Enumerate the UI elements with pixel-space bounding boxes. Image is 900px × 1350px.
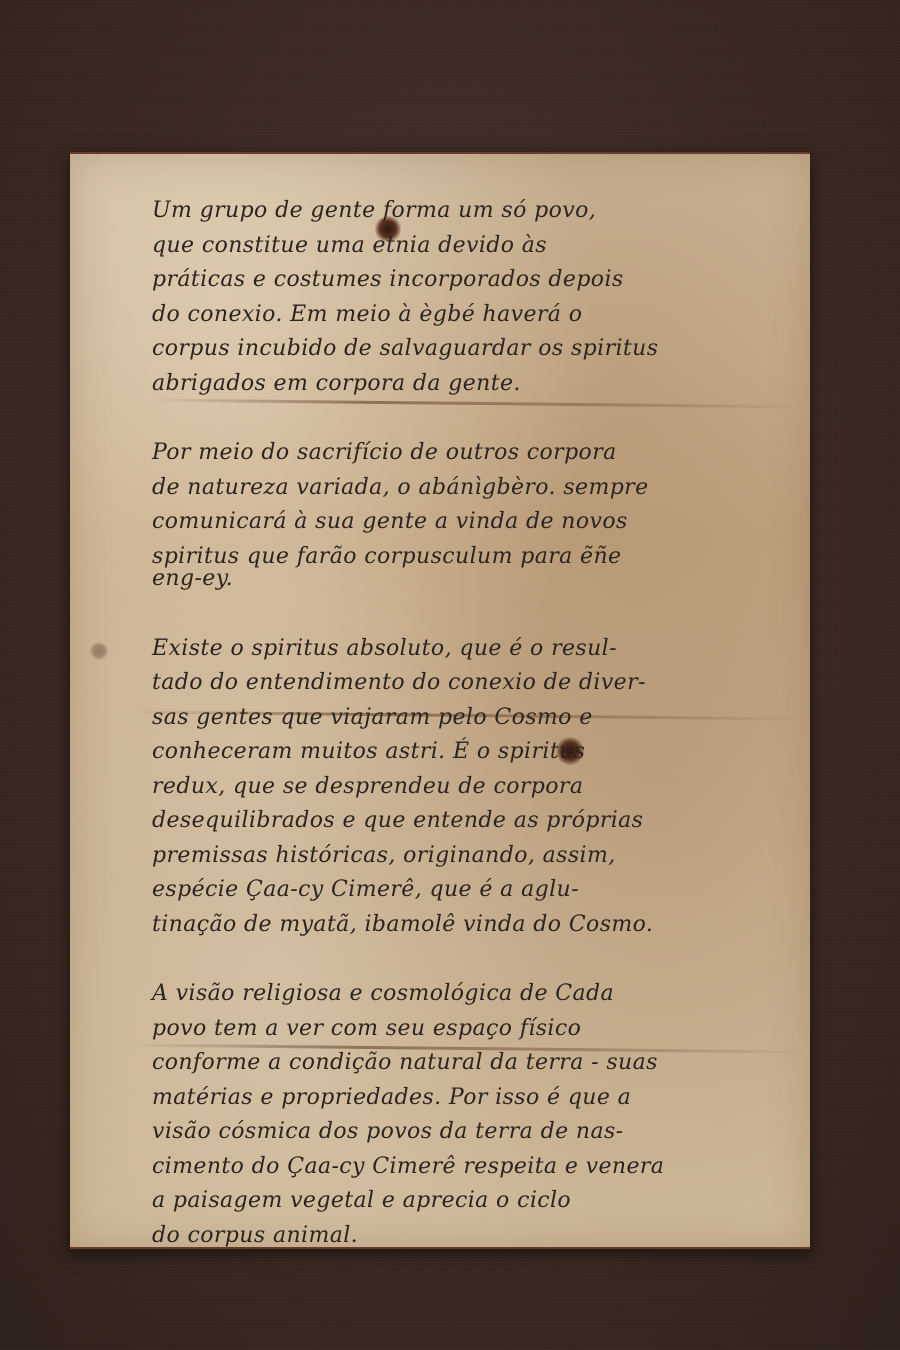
- text-line: corpus incubido de salvaguardar os spiri…: [152, 332, 802, 367]
- text-line: tado do entendimento do conexio de diver…: [152, 666, 802, 701]
- text-line: que constitue uma etnia devido às: [152, 229, 802, 264]
- text-line: tinação de myatã, ibamolê vinda do Cosmo…: [152, 908, 802, 943]
- text-line: povo tem a ver com seu espaço físico: [152, 1012, 802, 1047]
- paragraph-3: Existe o spiritus absoluto, que é o resu…: [152, 632, 802, 943]
- burn-mark: [90, 642, 108, 660]
- text-line: desequilibrados e que entende as própria…: [152, 804, 802, 839]
- text-line: cimento do Çaa-cy Cimerê respeita e vene…: [152, 1150, 802, 1185]
- text-line: visão cósmica dos povos da terra de nas-: [152, 1115, 802, 1150]
- text-line: abrigados em corpora da gente.: [152, 367, 802, 402]
- text-line: práticas e costumes incorporados depois: [152, 263, 802, 298]
- text-line: Um grupo de gente forma um só povo,: [152, 194, 802, 229]
- text-line: A visão religiosa e cosmológica de Cada: [152, 977, 802, 1012]
- text-line: conheceram muitos astri. É o spiritus: [152, 735, 802, 770]
- manuscript-text: Um grupo de gente forma um só povo, que …: [152, 194, 802, 1288]
- manuscript-page: Um grupo de gente forma um só povo, que …: [70, 152, 810, 1249]
- paragraph-2: Por meio do sacrifício de outros corpora…: [152, 436, 802, 597]
- paragraph-1: Um grupo de gente forma um só povo, que …: [152, 194, 802, 401]
- text-line: conforme a condição natural da terra - s…: [152, 1046, 802, 1081]
- text-line: do corpus animal.: [152, 1219, 802, 1254]
- paragraph-4: A visão religiosa e cosmológica de Cada …: [152, 977, 802, 1253]
- text-line: do conexio. Em meio à ègbé haverá o: [152, 298, 802, 333]
- text-line: sas gentes que viajaram pelo Cosmo e: [152, 701, 802, 736]
- text-line: comunicará à sua gente a vinda de novos: [152, 505, 802, 540]
- text-line: premissas históricas, originando, assim,: [152, 839, 802, 874]
- text-line: matérias e propriedades. Por isso é que …: [152, 1081, 802, 1116]
- text-line: de natureza variada, o abánìgbèro. sempr…: [152, 471, 802, 506]
- text-line: Existe o spiritus absoluto, que é o resu…: [152, 632, 802, 667]
- text-line: redux, que se desprendeu de corpora: [152, 770, 802, 805]
- text-line: espécie Çaa-cy Cimerê, que é a aglu-: [152, 873, 802, 908]
- text-line: Por meio do sacrifício de outros corpora: [152, 436, 802, 471]
- text-line: a paisagem vegetal e aprecia o ciclo: [152, 1184, 802, 1219]
